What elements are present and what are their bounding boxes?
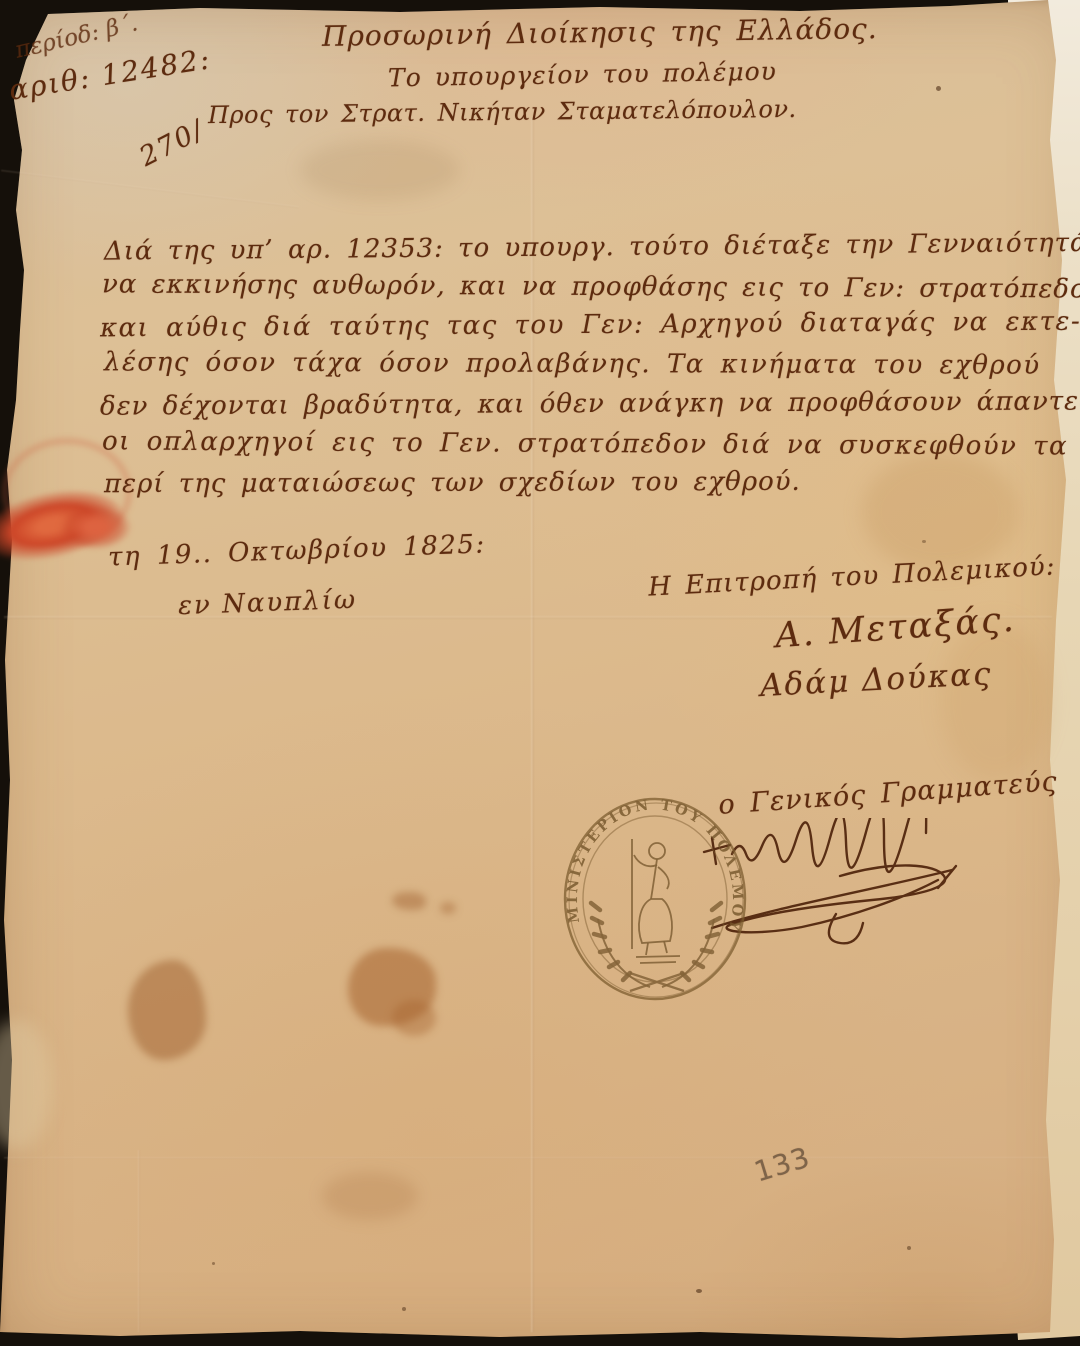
body-line: να εκκινήσης αυθωρόν, και να προφθάσης ε… — [102, 269, 1080, 304]
document-scan: περίοδ: β΄. αριθ: 12482: 270/ Προσωρινή … — [0, 0, 1080, 1346]
body-line: λέσης όσον τάχα όσον προλαβάνης. Τα κινή… — [104, 347, 1041, 380]
showthrough-smudge — [300, 140, 460, 200]
faint-stain-right-mid — [940, 620, 1050, 780]
paper-speck — [907, 1246, 911, 1250]
paper-speck — [696, 1289, 702, 1293]
stamp-laurel-branches — [591, 903, 721, 991]
paper-speck — [922, 540, 926, 543]
body-line: περί της ματαιώσεως των σχεδίων του εχθρ… — [104, 467, 801, 499]
stamp-athena-figure — [632, 839, 680, 963]
faint-stain-bottom — [322, 1172, 418, 1220]
place-line: εν Ναυπλίω — [178, 585, 358, 621]
paper-speck — [936, 86, 941, 91]
paper-speck — [402, 1307, 406, 1311]
ink-stain-center-small — [392, 1000, 436, 1036]
stain-dots-upper — [392, 892, 426, 910]
ministry-of-war-stamp: ΜΙΝΙΣΤΕΡΙΟΝ ΤΟΥ ΠΟΛΕΜΟΥ — [558, 793, 754, 1009]
body-line: δεν δέχονται βραδύτητα, και όθεν ανάγκη … — [100, 386, 1080, 421]
body-line: οι οπλαρχηγοί εις το Γεν. στρατόπεδον δι… — [102, 426, 1068, 461]
paper-speck — [212, 1262, 215, 1265]
ink-stain-left — [128, 960, 206, 1060]
stain-dot-upper2 — [440, 902, 456, 914]
vertical-crease-bottom-left — [138, 1150, 140, 1332]
horizontal-crease-lower — [4, 1157, 1048, 1159]
